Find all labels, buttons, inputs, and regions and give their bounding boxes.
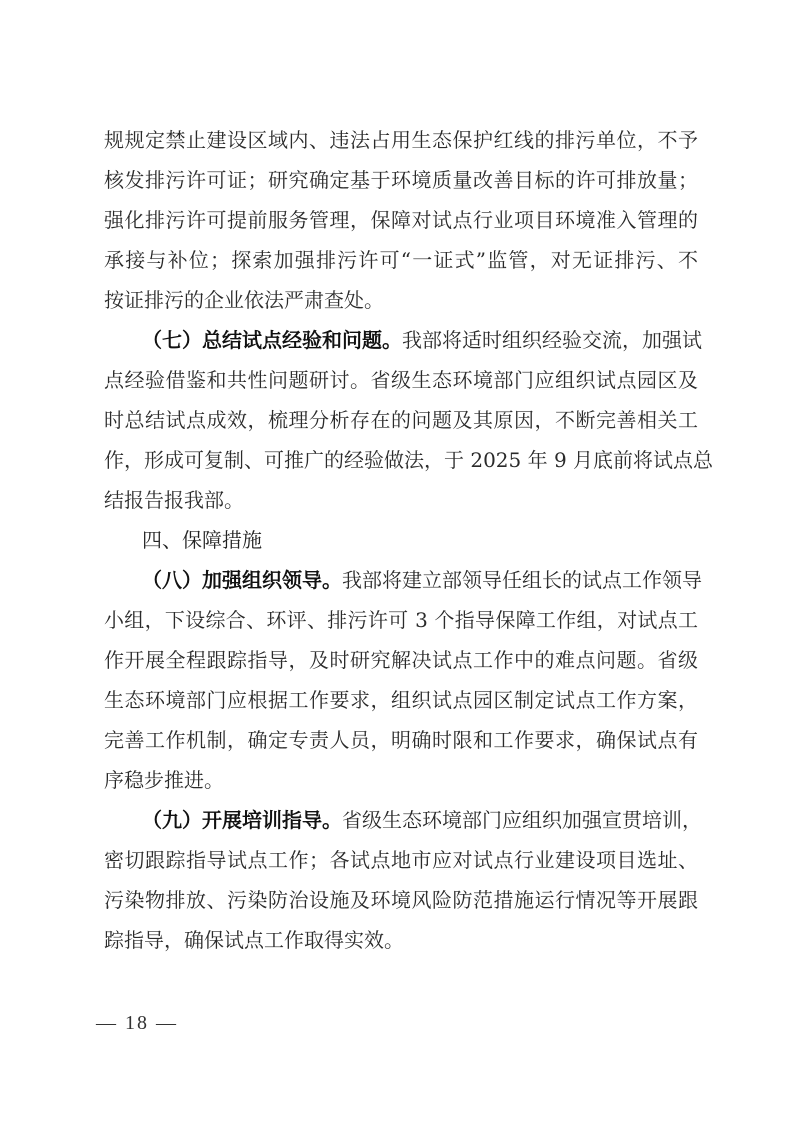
text-line: 核发排污许可证；研究确定基于环境质量改善目标的许可排放量；	[104, 160, 698, 200]
text-line: 时总结试点成效，梳理分析存在的问题及其原因，不断完善相关工	[104, 400, 698, 440]
text-line: 按证排污的企业依法严肃查处。	[104, 280, 698, 320]
text-line: 完善工作机制，确定专责人员，明确时限和工作要求，确保试点有	[104, 720, 698, 760]
section-title: （九）开展培训指导。	[142, 808, 342, 832]
text-line: 踪指导，确保试点工作取得实效。	[104, 920, 698, 960]
text-line: （七）总结试点经验和问题。我部将适时组织经验交流，加强试	[104, 320, 698, 360]
text-line: （八）加强组织领导。我部将建立部领导任组长的试点工作领导	[104, 560, 698, 600]
text-line: 强化排污许可提前服务管理，保障对试点行业项目环境准入管理的	[104, 200, 698, 240]
text-line: 生态环境部门应根据工作要求，组织试点园区制定试点工作方案，	[104, 680, 698, 720]
text-line: 作，形成可复制、可推广的经验做法，于 2025 年 9 月底前将试点总	[104, 440, 698, 480]
text-line: 规规定禁止建设区域内、违法占用生态保护红线的排污单位，不予	[104, 120, 698, 160]
document-page: 规规定禁止建设区域内、违法占用生态保护红线的排污单位，不予 核发排污许可证；研究…	[104, 120, 698, 960]
text-line: 密切跟踪指导试点工作；各试点地市应对试点行业建设项目选址、	[104, 840, 698, 880]
text-line: 结报告报我部。	[104, 480, 698, 520]
paragraph-8-leadership: （八）加强组织领导。我部将建立部领导任组长的试点工作领导 小组，下设综合、环评、…	[104, 560, 698, 800]
paragraph-7-summary: （七）总结试点经验和问题。我部将适时组织经验交流，加强试 点经验借鉴和共性问题研…	[104, 320, 698, 520]
page-number: — 18 —	[96, 1012, 178, 1035]
paragraph-continuation: 规规定禁止建设区域内、违法占用生态保护红线的排污单位，不予 核发排污许可证；研究…	[104, 120, 698, 320]
text-line: 承接与补位；探索加强排污许可“一证式”监管，对无证排污、不	[104, 240, 698, 280]
text-segment: 我部将适时组织经验交流，加强试	[402, 328, 702, 352]
section-title: （七）总结试点经验和问题。	[142, 328, 402, 352]
text-line: 点经验借鉴和共性问题研讨。省级生态环境部门应组织试点园区及	[104, 360, 698, 400]
text-line: （九）开展培训指导。省级生态环境部门应组织加强宣贯培训，	[104, 800, 698, 840]
section-heading: 四、保障措施	[104, 520, 698, 560]
text-line: 小组，下设综合、环评、排污许可 3 个指导保障工作组，对试点工	[104, 600, 698, 640]
text-line: 污染物排放、污染防治设施及环境风险防范措施运行情况等开展跟	[104, 880, 698, 920]
text-segment: 省级生态环境部门应组织加强宣贯培训，	[342, 808, 702, 832]
paragraph-9-training: （九）开展培训指导。省级生态环境部门应组织加强宣贯培训， 密切跟踪指导试点工作；…	[104, 800, 698, 960]
text-line: 作开展全程跟踪指导，及时研究解决试点工作中的难点问题。省级	[104, 640, 698, 680]
section-title: （八）加强组织领导。	[142, 568, 342, 592]
text-segment: 我部将建立部领导任组长的试点工作领导	[342, 568, 702, 592]
text-line: 序稳步推进。	[104, 760, 698, 800]
